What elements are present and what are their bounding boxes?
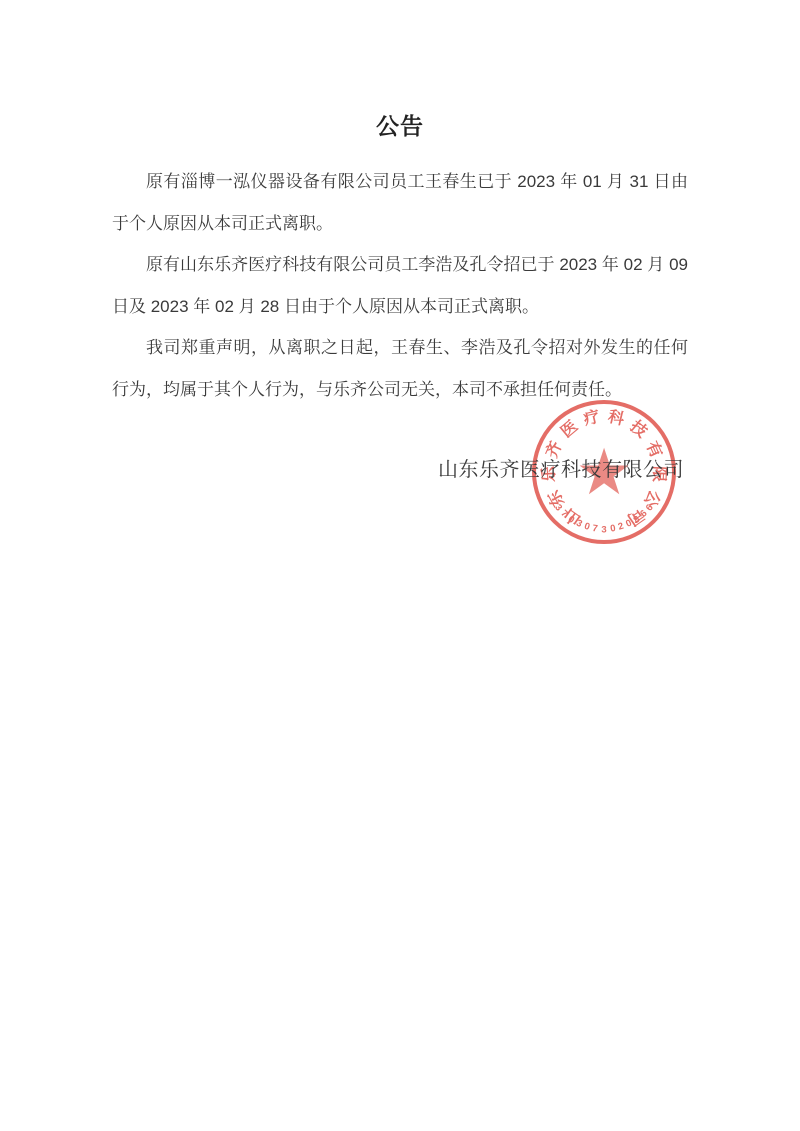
document-body: 原有淄博一泓仪器设备有限公司员工王春生已于 2023 年 01 月 31 日由于… xyxy=(112,161,688,410)
document-page: 公告 原有淄博一泓仪器设备有限公司员工王春生已于 2023 年 01 月 31 … xyxy=(0,0,800,1131)
paragraph-2: 原有山东乐齐医疗科技有限公司员工李浩及孔令招已于 2023 年 02 月 09 … xyxy=(112,244,688,327)
document-title: 公告 xyxy=(0,112,800,140)
paragraph-1: 原有淄博一泓仪器设备有限公司员工王春生已于 2023 年 01 月 31 日由于… xyxy=(112,161,688,244)
seal-code-arc-digit: 3 xyxy=(601,525,606,535)
company-signature: 山东乐齐医疗科技有限公司 xyxy=(438,457,684,483)
seal-code-arc-digit: 0 xyxy=(609,524,616,534)
